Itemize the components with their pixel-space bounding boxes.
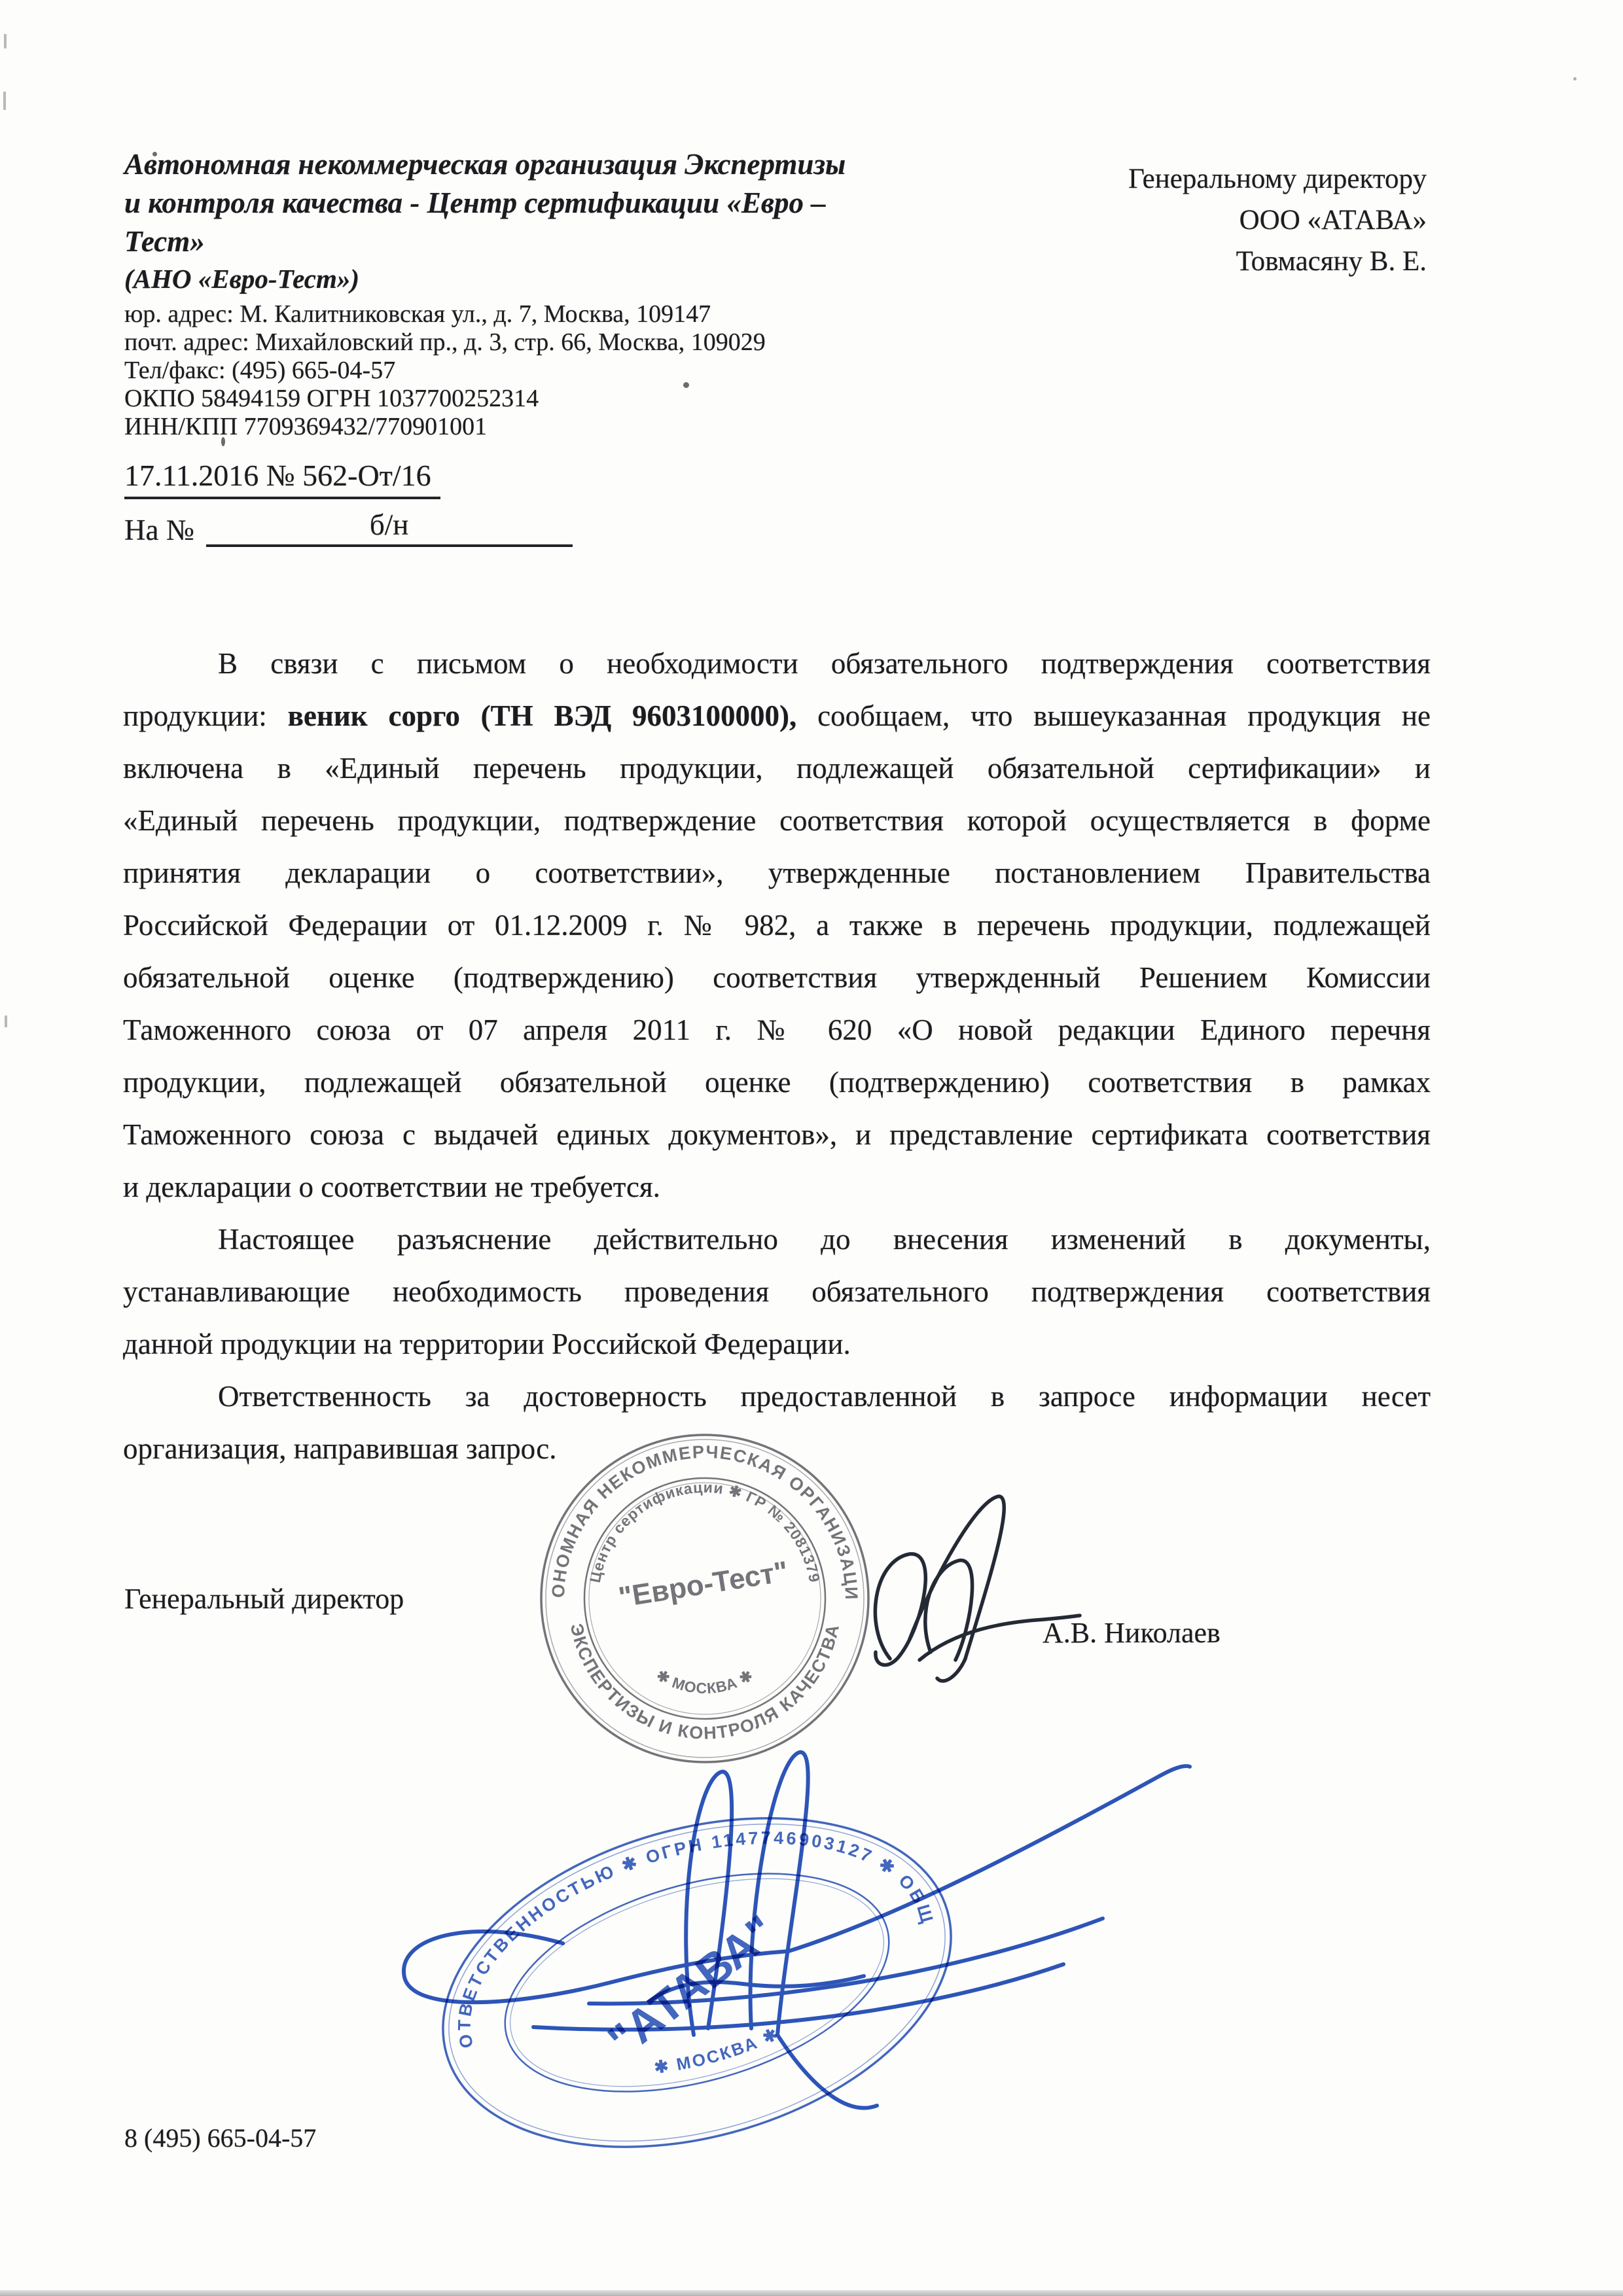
sender-postal-address: почт. адрес: Михайловский пр., д. 3, стр… <box>124 328 1008 357</box>
body-line: продукции: веник сорго (ТН ВЭД 960310000… <box>123 697 1431 735</box>
sender-org-line3: Тест» <box>124 222 1008 261</box>
incoming-number-label: На № <box>124 514 194 546</box>
sender-org-short: (АНО «Евро-Тест») <box>124 261 1008 296</box>
stamp-center-text: "Евро-Тест" <box>616 1555 791 1614</box>
recipient-company: ООО «АТАВА» <box>1128 200 1427 241</box>
sender-legal-address: юр. адрес: М. Калитниковская ул., д. 7, … <box>124 300 1008 328</box>
body-line: устанавливающие необходимость проведения… <box>123 1273 1431 1311</box>
scan-edge-mark <box>3 92 6 110</box>
incoming-number-line: На №б/н <box>124 508 573 547</box>
footer-phone: 8 (495) 665-04-57 <box>124 2123 316 2153</box>
body-line-part: продукции: <box>123 699 288 732</box>
body-line: принятия декларации о соответствии», утв… <box>123 854 1431 892</box>
body-line: В связи с письмом о необходимости обязат… <box>123 645 1431 682</box>
sender-org-line1: Автономная некоммерческая организация Эк… <box>124 145 1008 184</box>
body-line: Российской Федерации от 01.12.2009 г. № … <box>123 906 1431 944</box>
sender-inn-kpp: ИНН/КПП 7709369432/770901001 <box>124 413 1008 441</box>
scan-speck <box>152 152 157 156</box>
body-line: Таможенного союза от 07 апреля 2011 г. №… <box>123 1011 1431 1049</box>
sender-okpo-ogrn: ОКПО 58494159 ОГРН 1037700252314 <box>124 385 1008 413</box>
body-line: Таможенного союза с выдачей единых докум… <box>123 1116 1431 1154</box>
body-line: обязательной оценке (подтверждению) соот… <box>123 959 1431 997</box>
scan-bottom-strip <box>0 2290 1623 2296</box>
scan-speck <box>683 382 689 388</box>
atava-signature-ink <box>366 1721 1204 2153</box>
body-line: «Единый перечень продукции, подтверждени… <box>123 802 1431 839</box>
outgoing-number-line: 17.11.2016 № 562-От/16 <box>124 458 440 499</box>
recipient-person: Товмасяну В. Е. <box>1128 241 1427 282</box>
svg-text:✱ МОСКВА ✱: ✱ МОСКВА ✱ <box>654 1666 757 1697</box>
scan-edge-mark <box>5 1016 7 1027</box>
scan-speck <box>221 437 225 446</box>
director-signature-ink <box>818 1456 1126 1718</box>
body-line: данной продукции на территории Российско… <box>123 1325 1431 1363</box>
scanned-letter-page: Автономная некоммерческая организация Эк… <box>0 0 1623 2296</box>
body-line-part: сообщаем, что вышеуказанная продукция не <box>796 699 1431 732</box>
recipient-block: Генеральному директору ООО «АТАВА» Товма… <box>1128 158 1427 282</box>
signer-position: Генеральный директор <box>124 1582 404 1616</box>
scan-edge-mark <box>4 34 7 48</box>
stamp-ring-text: ✱ МОСКВА ✱ <box>654 1666 757 1697</box>
body-line: Настоящее разъяснение действительно до в… <box>123 1220 1431 1258</box>
product-name-bold: веник сорго (ТН ВЭД 9603100000), <box>288 699 797 732</box>
scan-speck <box>1573 77 1577 80</box>
body-line: Ответственность за достоверность предост… <box>123 1377 1431 1415</box>
sender-phone-fax: Тел/факс: (495) 665-04-57 <box>124 357 1008 385</box>
body-line: и декларации о соответствии не требуется… <box>123 1168 1431 1206</box>
body-line: продукции, подлежащей обязательной оценк… <box>123 1063 1431 1101</box>
recipient-position: Генеральному директору <box>1128 158 1427 200</box>
sender-letterhead: Автономная некоммерческая организация Эк… <box>124 145 1008 441</box>
sender-org-line2: и контроля качества - Центр сертификации… <box>124 184 1008 222</box>
body-line: включена в «Единый перечень продукции, п… <box>123 749 1431 787</box>
incoming-number-value: б/н <box>370 508 408 541</box>
